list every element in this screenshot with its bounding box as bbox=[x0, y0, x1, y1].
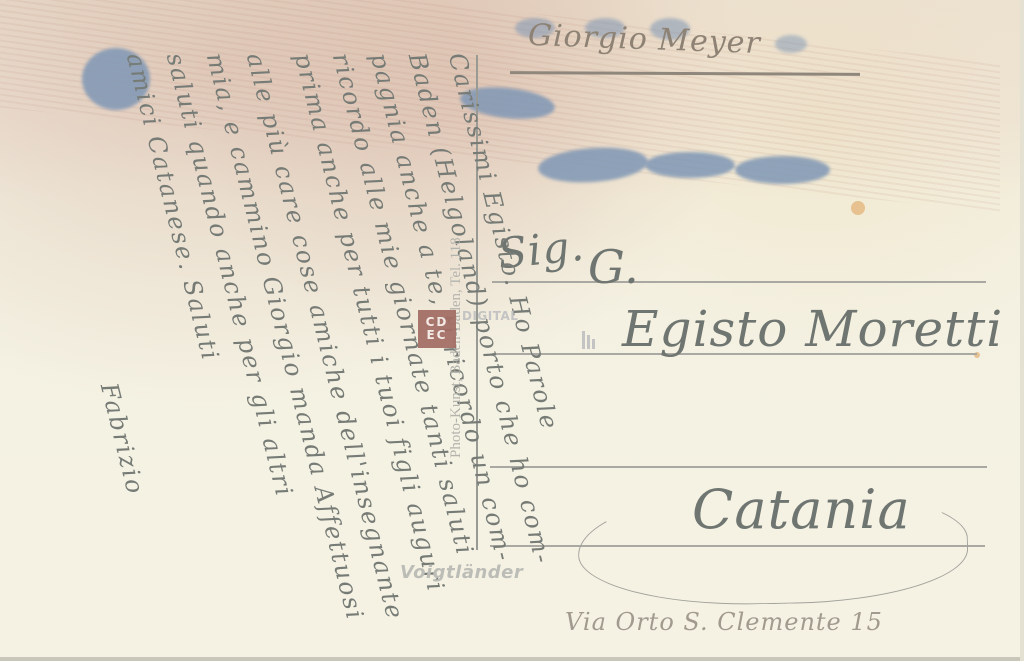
recipient-name: Egisto Moretti bbox=[622, 300, 1003, 358]
card-edge bbox=[0, 657, 1024, 661]
recipient-initial: G. bbox=[588, 240, 640, 294]
card-edge bbox=[1020, 0, 1024, 661]
blue-stain bbox=[645, 152, 735, 178]
recipient-street: Via Orto S. Clemente 15 bbox=[565, 608, 883, 636]
camera-brand-mark: Voigtländer bbox=[400, 562, 523, 583]
blue-stain bbox=[775, 35, 807, 53]
address-line-3 bbox=[490, 466, 987, 468]
recipient-city: Catania bbox=[692, 478, 911, 541]
message-line: Fabrizio bbox=[95, 380, 150, 498]
handwritten-message: Carissimi Egisto. Ho Parole Baden (Helgo… bbox=[40, 20, 480, 620]
watermark-line: EC bbox=[426, 329, 447, 342]
blue-stain bbox=[735, 156, 830, 184]
amber-spot bbox=[851, 201, 865, 215]
watermark-label: DIGITAL bbox=[462, 309, 518, 323]
postcard-back: Giorgio Meyer Sig. G. Egisto Moretti Cat… bbox=[0, 0, 1024, 661]
watermark-bars-icon bbox=[582, 331, 595, 349]
watermark-logo: CD EC bbox=[418, 310, 456, 348]
address-line-1 bbox=[492, 281, 986, 283]
